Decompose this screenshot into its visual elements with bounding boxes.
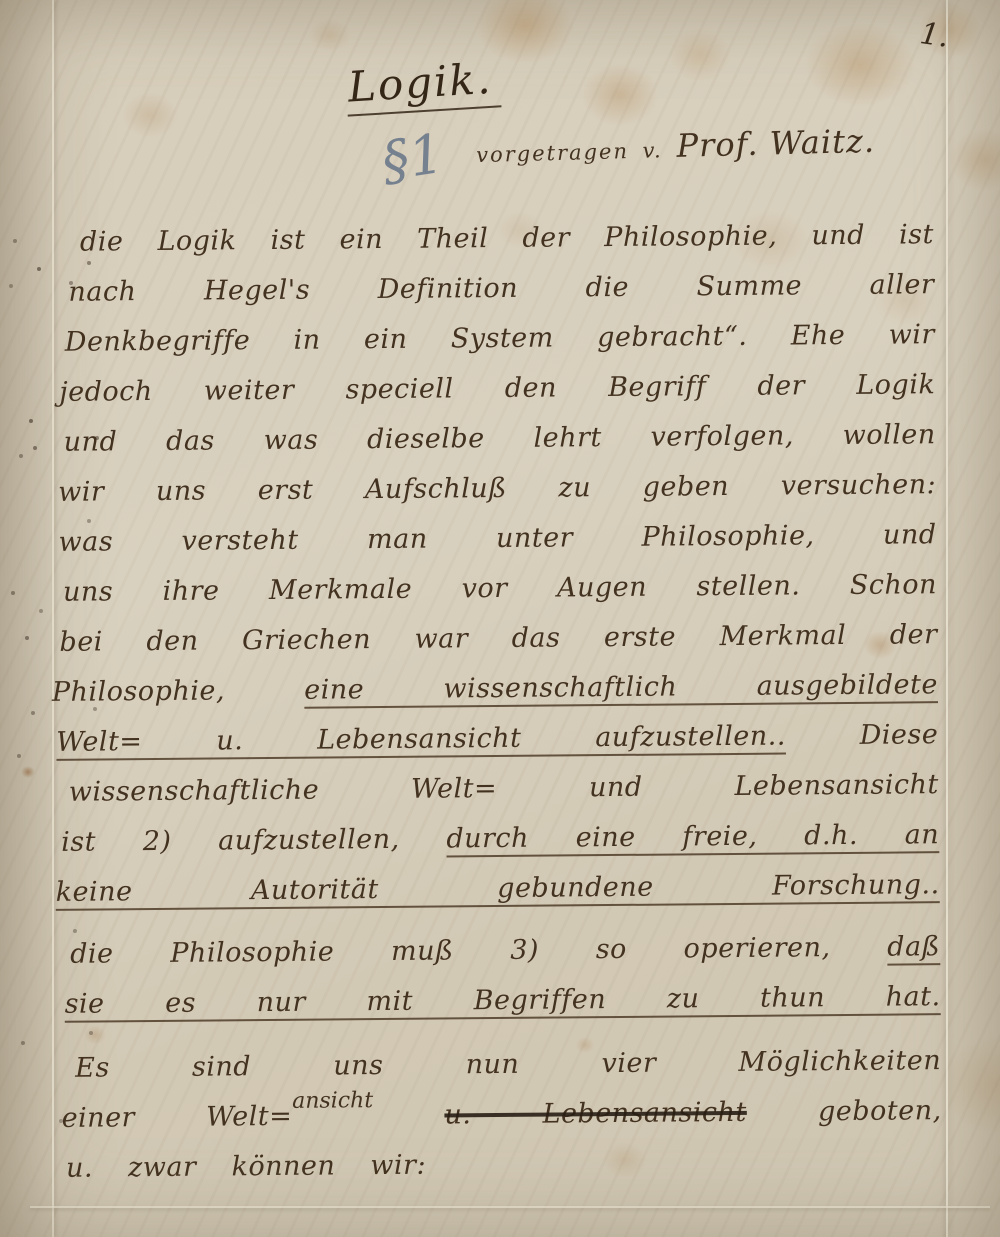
text-segment: ist 2) aufzustellen,: [61, 823, 446, 857]
manuscript-line: Denkbegriffe in ein System gebracht“. Eh…: [65, 310, 935, 368]
fold-crease-right: [946, 0, 948, 1237]
manuscript-line: ist 2) aufzustellen, durch eine freie, d…: [61, 810, 939, 868]
section-mark: §1: [377, 122, 447, 194]
manuscript-line: Philosophie, eine wissenschaftlich ausge…: [52, 660, 938, 718]
manuscript-line: wir uns erst Aufschluß zu geben versuche…: [58, 460, 936, 518]
underlined-text: durch eine freie, d.h. an: [446, 819, 939, 854]
manuscript-line: wissenschaftliche Welt= und Lebensansich…: [69, 760, 939, 818]
manuscript-line: Welt= u. Lebensansicht aufzustellen.. Di…: [56, 710, 938, 768]
text-segment: und das was dieselbe lehrt verfolgen, wo…: [64, 419, 936, 458]
manuscript-line: Es sind uns nun vier Möglichkeiten: [75, 1036, 941, 1094]
text-segment: uns ihre Merkmale vor Augen stellen. Sch…: [63, 569, 937, 608]
attribution: vorgetragen v.Prof. Waitz.: [476, 120, 947, 170]
underlined-text: daß: [887, 931, 940, 962]
text-segment: Diese: [786, 719, 939, 751]
text-segment: was versteht man unter Philosophie, und: [58, 519, 936, 558]
manuscript-line: nach Hegel's Definition die Summe aller: [68, 260, 934, 318]
text-segment: geboten,: [747, 1095, 942, 1128]
underlined-text: Welt= u. Lebensansicht aufzustellen..: [56, 720, 786, 757]
manuscript-page: 1. Logik. §1 vorgetragen v.Prof. Waitz. …: [0, 0, 1000, 1237]
attribution-name: Prof. Waitz.: [676, 122, 875, 165]
text-segment: einer Welt=: [61, 1101, 292, 1134]
manuscript-line: jedoch weiter speciell den Begriff der L…: [59, 360, 935, 418]
ink-specks: [0, 0, 2, 2]
underlined-text: sie es nur mit Begriffen zu thun hat.: [64, 981, 940, 1020]
text-segment: u. zwar können wir:: [66, 1150, 426, 1184]
page-number: 1.: [918, 16, 951, 55]
manuscript-line: was versteht man unter Philosophie, und: [58, 510, 936, 568]
manuscript-line: einer Welt=ansicht u. Lebensansicht gebo…: [61, 1086, 941, 1144]
text-segment: jedoch weiter speciell den Begriff der L…: [59, 369, 935, 408]
text-segment: Denkbegriffe in ein System gebracht“. Eh…: [65, 319, 935, 358]
manuscript-line: und das was dieselbe lehrt verfolgen, wo…: [64, 410, 936, 468]
underlined-text: eine wissenschaftlich ausgebildete: [304, 669, 938, 706]
manuscript-line: uns ihre Merkmale vor Augen stellen. Sch…: [63, 560, 937, 618]
manuscript-line: sie es nur mit Begriffen zu thun hat.: [64, 972, 940, 1030]
struck-text: u. Lebensansicht: [444, 1097, 747, 1131]
manuscript-line: keine Autorität gebundene Forschung..: [55, 860, 939, 918]
fold-crease-left: [52, 0, 54, 1237]
text-segment: wir uns erst Aufschluß zu geben versuche…: [58, 469, 936, 508]
text-segment: Es sind uns nun vier Möglichkeiten: [75, 1045, 941, 1084]
manuscript-body: die Logik ist ein Theil der Philosophie,…: [56, 210, 942, 1194]
manuscript-line: bei den Griechen war das erste Merkmal d…: [59, 610, 937, 668]
manuscript-line: die Philosophie muß 3) so operieren, daß: [70, 922, 940, 980]
page-title: Logik.: [344, 53, 501, 116]
manuscript-line: die Logik ist ein Theil der Philosophie,…: [80, 210, 934, 267]
attribution-prefix: vorgetragen v.: [476, 138, 663, 167]
text-segment: [373, 1099, 444, 1131]
text-segment: die Logik ist ein Theil der Philosophie,…: [80, 219, 934, 257]
fold-crease-bottom: [30, 1206, 990, 1208]
manuscript-line: u. zwar können wir:: [66, 1136, 942, 1194]
text-segment: bei den Griechen war das erste Merkmal d…: [59, 619, 937, 658]
text-segment: nach Hegel's Definition die Summe aller: [68, 269, 934, 308]
text-segment: Philosophie,: [52, 675, 305, 708]
underlined-text: keine Autorität gebundene Forschung..: [56, 869, 940, 908]
text-segment: die Philosophie muß 3) so operieren,: [70, 932, 887, 970]
text-segment: wissenschaftliche Welt= und Lebensansich…: [69, 769, 939, 808]
inserted-word: ansicht: [292, 1088, 373, 1114]
